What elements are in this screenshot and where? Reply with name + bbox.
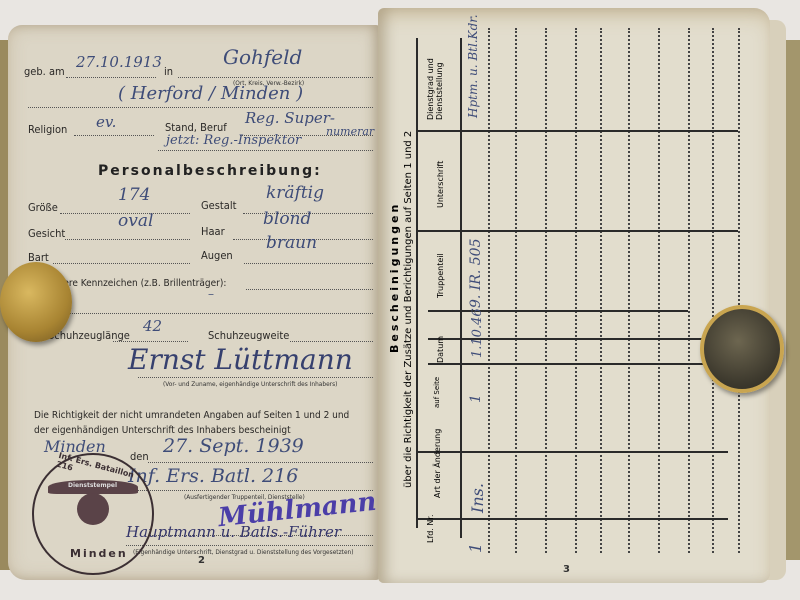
col-header-auf-seite: auf Seite <box>433 377 441 408</box>
religion-value: ev. <box>96 113 116 131</box>
row1-lfd-nr: 1 <box>466 543 485 553</box>
height-value: 174 <box>118 185 150 205</box>
row1-auf-seite: 1 <box>468 394 484 403</box>
occupation-overwrite: numerar <box>326 125 374 138</box>
birth-district: ( Herford / Minden ) <box>118 83 303 104</box>
height-label: Größe <box>28 201 58 214</box>
holder-signature-caption: (Vor- und Zuname, eigenhändige Unterschr… <box>163 380 337 388</box>
section-title: Bescheinigungen <box>388 202 401 353</box>
stamp-emblem <box>77 493 109 525</box>
holder-signature: Ernst Lüttmann <box>128 343 353 376</box>
eyes-label: Augen <box>201 249 233 262</box>
hair-label: Haar <box>201 225 225 238</box>
build-value: kräftig <box>266 183 324 203</box>
row1-dienstgrad: Hptm. u. Btl.Kdr. <box>466 14 480 118</box>
occupation-line2: jetzt: Reg.-Inspektor <box>166 133 301 148</box>
issue-date: 27. Sept. 1939 <box>163 435 304 457</box>
hair-value: blond <box>263 209 311 229</box>
section-subtitle: über die Richtigkeit der Zusätze und Ber… <box>403 131 414 488</box>
stamp-bottom-text: Minden <box>70 547 128 560</box>
row1-art: Ins. <box>468 483 487 513</box>
row1-truppenteil: 9. IR. 505 <box>468 238 484 308</box>
face-label: Gesicht <box>28 227 65 240</box>
shoe-width-label: Schuhzeugweite <box>208 329 289 342</box>
issue-date-label: den <box>130 450 149 463</box>
page-3: Bescheinigungen über die Richtigkeit der… <box>378 8 770 583</box>
birth-place: Gohfeld <box>223 45 302 69</box>
coin-right <box>700 305 784 393</box>
col-header-unterschrift: Unterschrift <box>436 161 445 208</box>
occupation-line1: Reg. Super- <box>245 109 335 127</box>
religion-label: Religion <box>28 123 67 136</box>
row1-datum: 1.10.46 <box>470 308 485 358</box>
born-on-label: geb. am <box>24 65 65 78</box>
official-stamp: Inf. Ers. Bataillon 216 Dienststempel Mi… <box>32 453 154 575</box>
in-label: in <box>164 65 173 78</box>
special-marks-value: – <box>208 287 214 301</box>
birth-date: 27.10.1913 <box>76 53 162 71</box>
face-value: oval <box>118 211 153 231</box>
col-header-datum: Datum <box>436 336 445 363</box>
coin-left <box>0 262 72 342</box>
issuing-office: Inf. Ers. Batl. 216 <box>128 465 298 487</box>
page-number-3: 3 <box>563 564 570 575</box>
officer-rank: Hauptmann u. Batls.-Führer <box>126 523 341 541</box>
col-header-art: Art der Änderung <box>433 429 442 498</box>
col-header-lfd-nr: Lfd. Nr. <box>426 514 435 543</box>
build-label: Gestalt <box>201 199 237 212</box>
eyes-value: braun <box>266 233 317 253</box>
personal-description-title: Personalbeschreibung: <box>98 163 322 179</box>
col-header-truppenteil: Truppenteil <box>436 253 445 298</box>
page-number-2: 2 <box>198 555 205 566</box>
certification-line1: Die Richtigkeit der nicht umrandeten Ang… <box>34 410 349 421</box>
officer-signature-caption: (Eigenhändige Unterschrift, Dienstgrad u… <box>133 548 354 556</box>
shoe-length-value: 42 <box>143 317 162 335</box>
stamp-inner-text: Dienststempel <box>68 482 117 489</box>
col-header-dienstgrad: Dienstgrad und Dienststellung <box>426 40 444 120</box>
